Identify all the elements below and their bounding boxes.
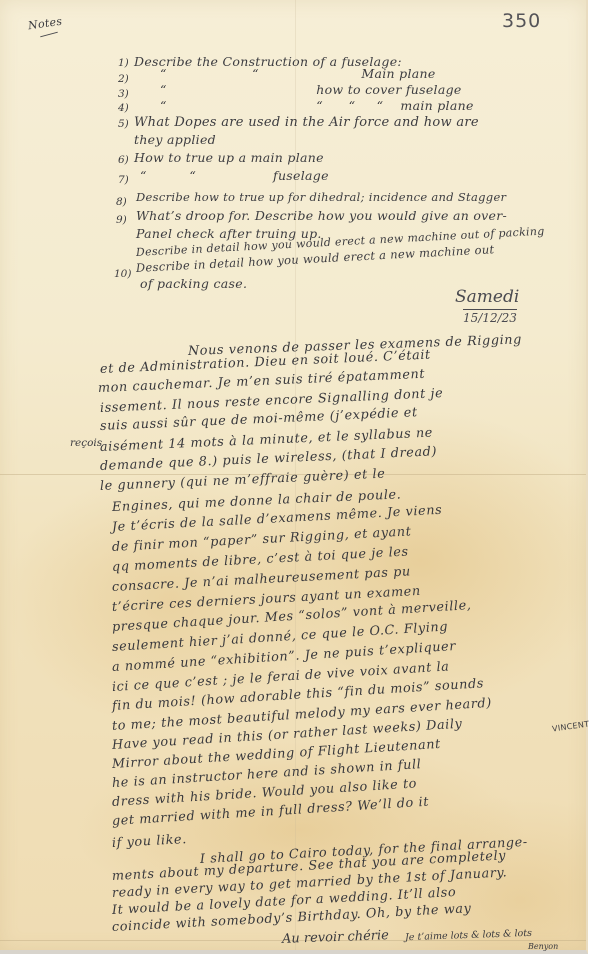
side-note: VINCENT xyxy=(552,719,590,733)
question-text: “ how to cover fuselage xyxy=(160,84,462,97)
question-number: 1) xyxy=(118,57,129,69)
question-number: 2) xyxy=(118,73,129,85)
question-text: “ “ Main plane xyxy=(160,68,436,81)
question-number: 3) xyxy=(118,88,129,100)
question-number: 6) xyxy=(118,154,129,166)
date-signature-block: Samedi 15/12/23 xyxy=(455,287,519,326)
question-text: “ “ “ “ main plane xyxy=(160,100,474,113)
question-number: 5) xyxy=(118,118,129,130)
closing-farewell: Au revoir chérie xyxy=(282,928,389,947)
closing-signature: Benyon xyxy=(528,942,558,951)
question-text: of packing case. xyxy=(140,278,247,291)
page-number: 350 xyxy=(502,10,541,32)
question-number: 10) xyxy=(114,268,131,280)
handwritten-letter-page: Notes 350 1) Describe the Construction o… xyxy=(0,0,588,954)
corner-note-underline xyxy=(40,32,58,38)
question-text: they applied xyxy=(134,134,216,147)
question-text: “ “ fuselage xyxy=(140,170,329,183)
question-number: 7) xyxy=(118,174,129,186)
question-number: 4) xyxy=(118,102,129,114)
day-name: Samedi xyxy=(455,287,519,307)
question-text: Describe how to true up for dihedral; in… xyxy=(136,192,506,204)
corner-note: Notes xyxy=(27,16,63,32)
margin-note: reçois xyxy=(70,437,102,449)
question-text: How to true up a main plane xyxy=(134,152,324,165)
question-number: 8) xyxy=(116,196,127,208)
letter-line: if you like. xyxy=(112,832,188,851)
question-text: What Dopes are used in the Air force and… xyxy=(134,116,479,129)
question-text: What’s droop for. Describe how you would… xyxy=(136,210,507,223)
question-number: 9) xyxy=(116,214,127,226)
date: 15/12/23 xyxy=(463,309,517,325)
